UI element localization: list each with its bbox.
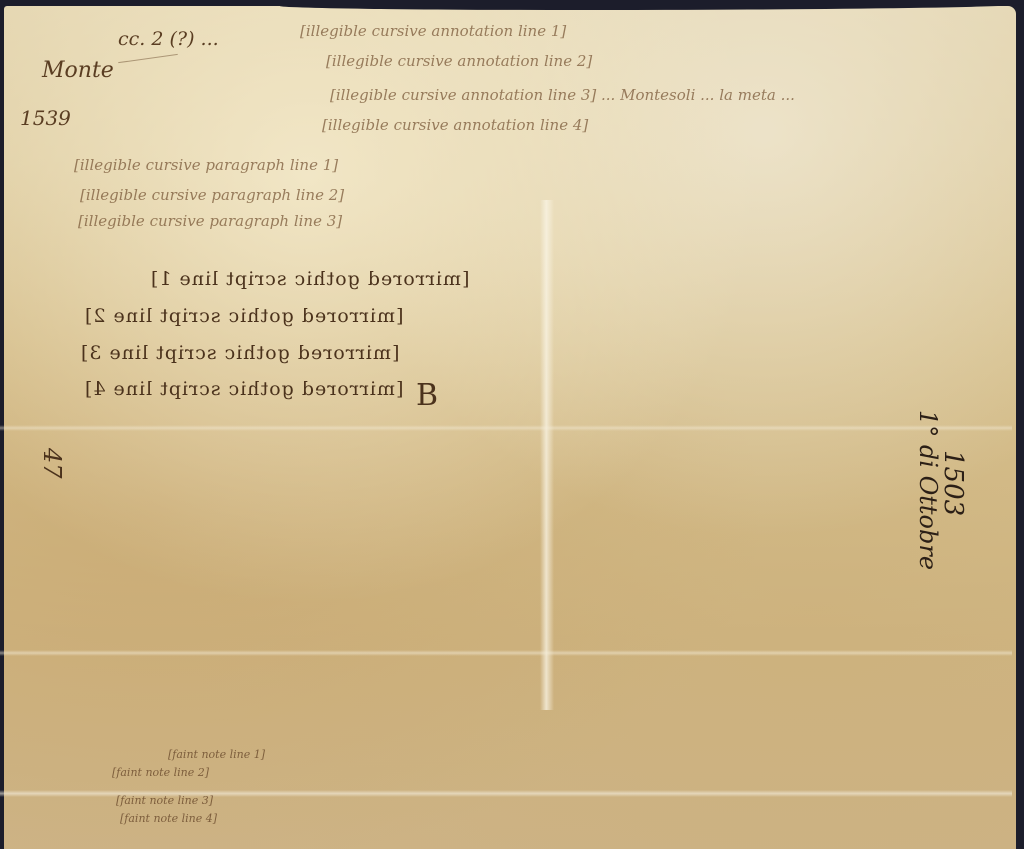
- paragraph-line: [illegible cursive paragraph line 2]: [80, 186, 344, 204]
- mirrored-script-line: [mirrored gothic script line 3]: [80, 342, 399, 364]
- faint-note-line: [faint note line 4]: [120, 812, 217, 825]
- paragraph-line: [illegible cursive paragraph line 3]: [78, 212, 342, 230]
- horizontal-fold-crease: [0, 650, 1012, 656]
- top-left-title: Monte: [42, 58, 114, 83]
- vertical-fold-crease: [540, 200, 554, 710]
- archive-year: 1503: [938, 450, 968, 516]
- mirrored-script-line: [mirrored gothic script line 4]: [84, 378, 403, 400]
- initial-letter: B: [416, 378, 438, 413]
- annotation-line: [illegible cursive annotation line 3] ..…: [330, 86, 795, 104]
- paragraph-line: [illegible cursive paragraph line 1]: [74, 156, 338, 174]
- faint-note-line: [faint note line 3]: [116, 794, 213, 807]
- mirrored-script-line: [mirrored gothic script line 2]: [84, 305, 403, 327]
- horizontal-fold-crease: [0, 425, 1012, 431]
- annotation-line: [illegible cursive annotation line 2]: [326, 52, 592, 70]
- annotation-line: [illegible cursive annotation line 1]: [300, 22, 566, 40]
- year-note: 1539: [20, 106, 71, 130]
- faint-note-line: [faint note line 1]: [168, 748, 265, 761]
- faint-note-line: [faint note line 2]: [112, 766, 209, 779]
- top-left-note: cc. 2 (?) ...: [118, 28, 219, 50]
- margin-number: 47: [38, 448, 66, 479]
- annotation-line: [illegible cursive annotation line 4]: [322, 116, 588, 134]
- archive-date: 1° di Ottobre: [914, 410, 942, 570]
- mirrored-script-line: [mirrored gothic script line 1]: [150, 268, 469, 290]
